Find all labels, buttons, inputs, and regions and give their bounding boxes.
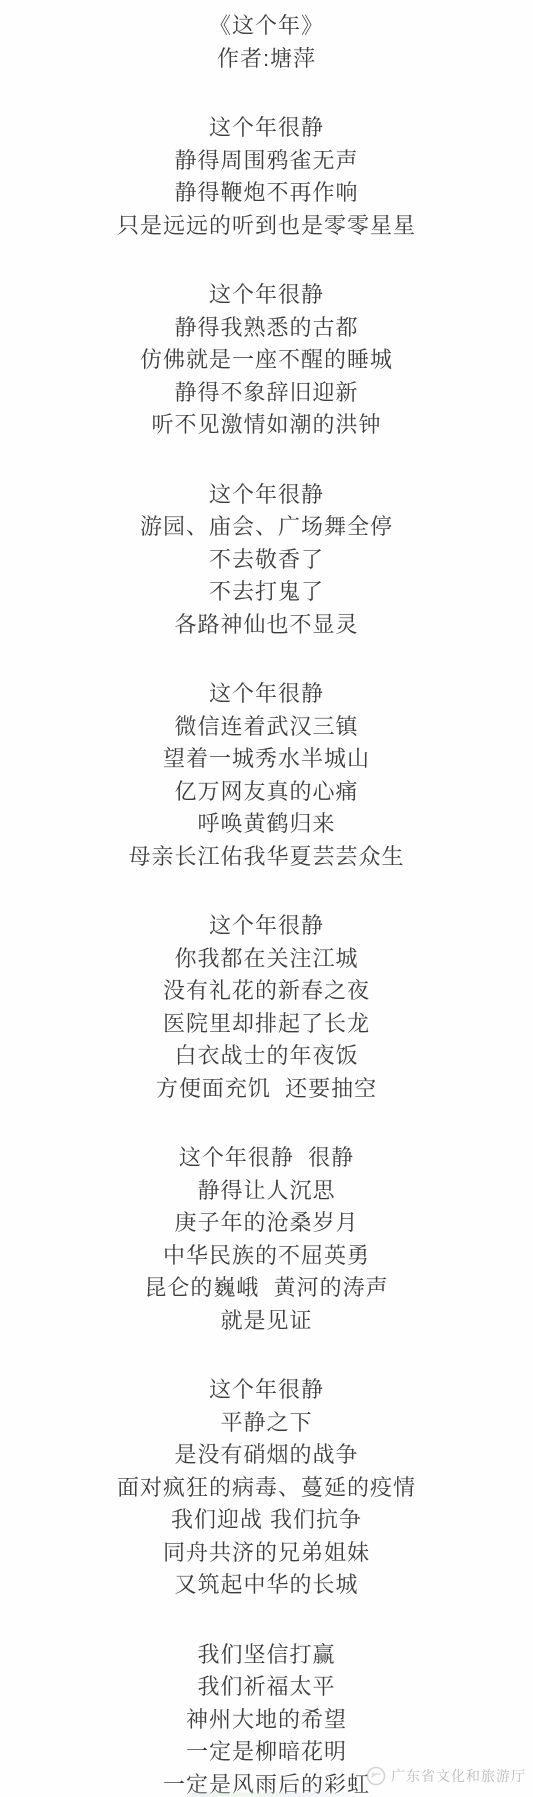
poem-line: 静得不象辞旧迎新 [0, 377, 533, 410]
poem-line: 庚子年的沧桑岁月 [0, 1207, 533, 1240]
poem-line: 不去打鬼了 [0, 576, 533, 609]
poem-line: 是没有硝烟的战争 [0, 1439, 533, 1472]
poem-line: 静得鞭炮不再作响 [0, 177, 533, 210]
poem-line: 游园、庙会、广场舞全停 [0, 511, 533, 544]
poem-line: 听不见激情如潮的洪钟 [0, 409, 533, 442]
poem-stanza: 这个年很静静得我熟悉的古都仿佛就是一座不醒的睡城静得不象辞旧迎新听不见激情如潮的… [0, 279, 533, 442]
poem-line: 这个年很静 [0, 1374, 533, 1407]
poem-line: 静得我熟悉的古都 [0, 312, 533, 345]
poem-stanza: 这个年很静静得周围鸦雀无声静得鞭炮不再作响只是远远的听到也是零零星星 [0, 112, 533, 242]
poem-line: 静得让人沉思 [0, 1175, 533, 1208]
poem-line: 静得周围鸦雀无声 [0, 145, 533, 178]
poem-stanza: 这个年很静微信连着武汉三镇望着一城秀水半城山亿万网友真的心痛呼唤黄鹤归来母亲长江… [0, 678, 533, 873]
poem-line: 母亲长江佑我华夏芸芸众生 [0, 841, 533, 874]
poem-line: 白衣战士的年夜饭 [0, 1040, 533, 1073]
poem-line: 这个年很静 [0, 479, 533, 512]
poem-article: 《这个年》 作者:塘萍 这个年很静静得周围鸦雀无声静得鞭炮不再作响只是远远的听到… [0, 0, 533, 1797]
poem-line: 不去敬香了 [0, 544, 533, 577]
poem-stanza: 这个年很静你我都在关注江城没有礼花的新春之夜医院里却排起了长龙白衣战士的年夜饭方… [0, 910, 533, 1105]
bottom-cropped-graphic [190, 1792, 350, 1797]
poem-stanza: 这个年很静平静之下是没有硝烟的战争面对疯狂的病毒、蔓延的疫情我们迎战 我们抗争同… [0, 1374, 533, 1602]
poem-line: 面对疯狂的病毒、蔓延的疫情 [0, 1472, 533, 1505]
poem-line: 方便面充饥 还要抽空 [0, 1073, 533, 1106]
poem-line: 呼唤黄鹤归来 [0, 808, 533, 841]
poem-line: 这个年很静 [0, 279, 533, 312]
poem-line: 平静之下 [0, 1407, 533, 1440]
poem-line: 望着一城秀水半城山 [0, 743, 533, 776]
poem-header: 《这个年》 作者:塘萍 [0, 10, 533, 75]
poem-stanzas: 这个年很静静得周围鸦雀无声静得鞭炮不再作响只是远远的听到也是零零星星这个年很静静… [0, 112, 533, 1797]
poem-line: 没有礼花的新春之夜 [0, 975, 533, 1008]
poem-line: 亿万网友真的心痛 [0, 776, 533, 809]
poem-title: 《这个年》 [0, 10, 533, 43]
poem-line: 只是远远的听到也是零零星星 [0, 210, 533, 243]
poem-line: 就是见证 [0, 1305, 533, 1338]
poem-line: 我们迎战 我们抗争 [0, 1504, 533, 1537]
watermark: 广东省文化和旅游厅 [366, 1766, 526, 1786]
poem-stanza: 这个年很静 很静静得让人沉思庚子年的沧桑岁月中华民族的不屈英勇昆仑的巍峨 黄河的… [0, 1142, 533, 1337]
poem-line: 你我都在关注江城 [0, 943, 533, 976]
poem-line: 又筑起中华的长城 [0, 1569, 533, 1602]
poem-line: 神州大地的希望 [0, 1704, 533, 1737]
poem-stanza: 这个年很静游园、庙会、广场舞全停不去敬香了不去打鬼了各路神仙也不显灵 [0, 479, 533, 642]
poem-line: 这个年很静 [0, 678, 533, 711]
poem-line: 一定是柳暗花明 [0, 1736, 533, 1769]
poem-author: 作者:塘萍 [0, 43, 533, 76]
poem-line: 这个年很静 [0, 910, 533, 943]
poem-line: 我们坚信打赢 [0, 1639, 533, 1672]
poem-line: 医院里却排起了长龙 [0, 1008, 533, 1041]
poem-line: 这个年很静 很静 [0, 1142, 533, 1175]
poem-line: 昆仑的巍峨 黄河的涛声 [0, 1272, 533, 1305]
gdwht-emblem-icon [366, 1766, 386, 1786]
poem-line: 这个年很静 [0, 112, 533, 145]
poem-line: 同舟共济的兄弟姐妹 [0, 1537, 533, 1570]
poem-line: 各路神仙也不显灵 [0, 609, 533, 642]
poem-line: 仿佛就是一座不醒的睡城 [0, 344, 533, 377]
poem-line: 微信连着武汉三镇 [0, 711, 533, 744]
poem-line: 中华民族的不屈英勇 [0, 1240, 533, 1273]
poem-line: 我们祈福太平 [0, 1671, 533, 1704]
watermark-label: 广东省文化和旅游厅 [391, 1766, 526, 1786]
